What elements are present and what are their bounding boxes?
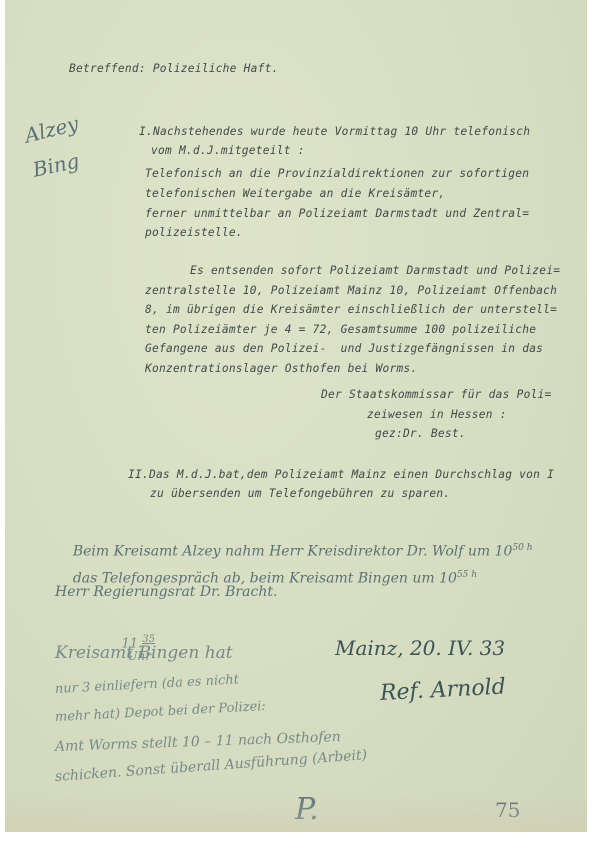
handwritten-line-5: nur 3 einliefern (da es nicht bbox=[55, 673, 240, 696]
document-page: Betreffend: Polizeiliche Haft. Alzey Bin… bbox=[5, 0, 587, 832]
handwritten-line-4: Kreisamt Bingen hat bbox=[55, 645, 233, 662]
place-date: Mainz, 20. IV. 33 bbox=[335, 638, 505, 658]
handwritten-line-7: Amt Worms stellt 10 – 11 nach Osthofen bbox=[55, 730, 341, 754]
page-number: 75 bbox=[495, 800, 520, 820]
handwritten-line-6: mehr hat) Depot bei der Polizei: bbox=[55, 700, 266, 724]
instruction-line-3: ferner unmittelbar an Polizeiamt Darmsta… bbox=[145, 208, 529, 219]
instruction-line-4: polizeistelle. bbox=[145, 227, 243, 238]
section-1-intro-line-1: I.Nachstehendes wurde heute Vormittag 10… bbox=[139, 126, 530, 137]
margin-note-bingen: Bing bbox=[31, 150, 81, 179]
instruction-line-1: Telefonisch an die Provinzialdirektionen… bbox=[145, 168, 529, 179]
order-line-4: ten Polizeiämter je 4 = 72, Gesamtsumme … bbox=[145, 324, 536, 335]
section-2-line-2: zu übersenden um Telefongebühren zu spar… bbox=[150, 488, 450, 499]
initial-signature: P. bbox=[295, 795, 319, 825]
subject-line: Betreffend: Polizeiliche Haft. bbox=[69, 63, 279, 74]
handwritten-line-3: Herr Regierungsrat Dr. Bracht. bbox=[55, 585, 277, 599]
order-line-1: Es entsenden sofort Polizeiamt Darmstadt… bbox=[190, 265, 560, 276]
signature-block-line-2: zeiwesen in Hessen : bbox=[367, 409, 507, 420]
order-line-6: Konzentrationslager Osthofen bei Worms. bbox=[145, 363, 417, 374]
handwritten-line-8: schicken. Sonst überall Ausführung (Arbe… bbox=[55, 748, 368, 784]
handwritten-line-2-time: 55 h bbox=[457, 570, 477, 580]
instruction-line-2: telefonischen Weitergabe an die Kreisämt… bbox=[145, 188, 445, 199]
order-line-3: 8, im übrigen die Kreisämter einschließl… bbox=[145, 304, 557, 315]
order-line-2: zentralstelle 10, Polizeiamt Mainz 10, P… bbox=[145, 285, 557, 296]
margin-note-alzey: Alzey bbox=[23, 113, 81, 146]
handwritten-line-1-time: 50 h bbox=[512, 543, 532, 553]
order-line-5: Gefangene aus den Polizei- und Justizgef… bbox=[145, 343, 543, 354]
signature-block-line-3: gez:Dr. Best. bbox=[375, 428, 466, 439]
section-2-line-1: II.Das M.d.J.bat,dem Polizeiamt Mainz ei… bbox=[128, 469, 554, 480]
section-1-intro-line-2: vom M.d.J.mitgeteilt : bbox=[151, 145, 305, 156]
signatory-signature: Ref. Arnold bbox=[379, 676, 506, 705]
signature-block-line-1: Der Staatskommissar für das Poli= bbox=[321, 389, 552, 400]
